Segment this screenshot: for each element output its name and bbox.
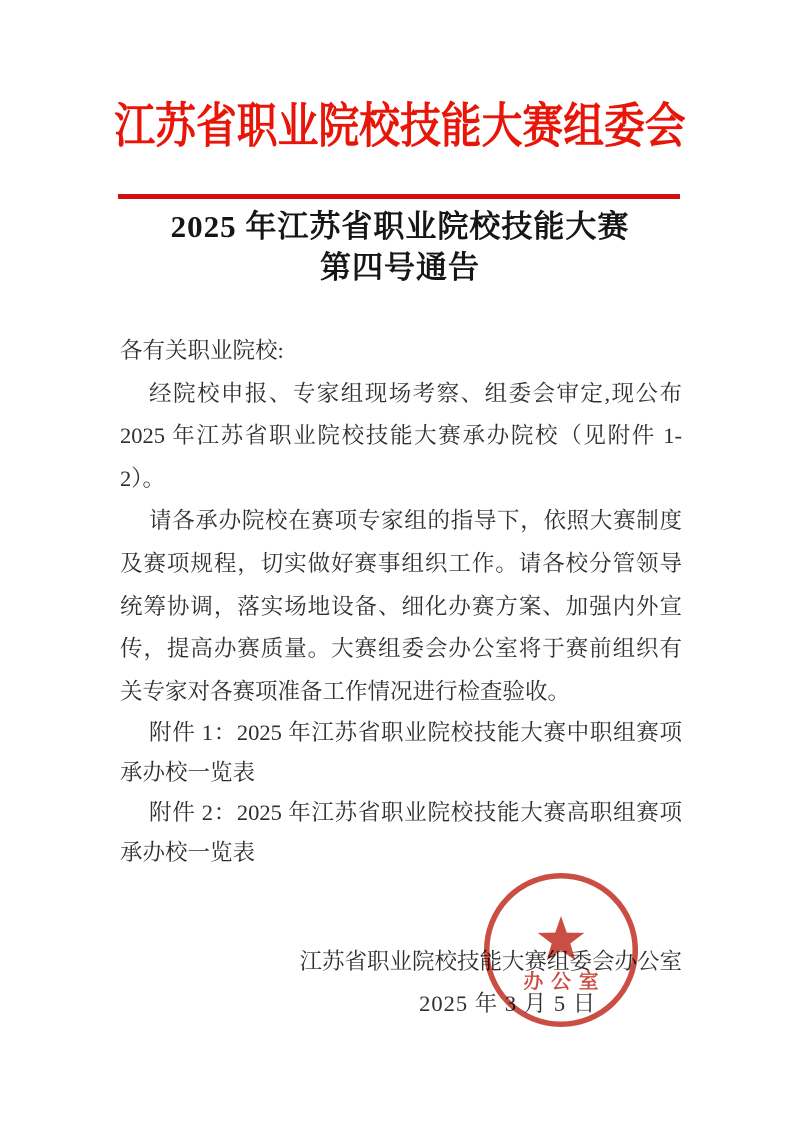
doc-body: 各有关职业院校: 经院校申报、专家组现场考察、组委会审定,现公布 2025 年江… — [120, 330, 682, 873]
attachment-line-2: 附件 2：2025 年江苏省职业院校技能大赛高职组赛项承办校一览表 — [120, 793, 682, 873]
paragraph-2: 请各承办院校在赛项专家组的指导下，依照大赛制度及赛项规程，切实做好赛事组织工作。… — [120, 500, 682, 713]
header-divider-rule — [118, 194, 680, 199]
seal-center-label: 办公室 — [523, 970, 606, 993]
salutation: 各有关职业院校: — [120, 330, 682, 373]
doc-title-line1: 2025 年江苏省职业院校技能大赛 — [0, 206, 800, 247]
doc-title-line2: 第四号通告 — [0, 247, 800, 288]
org-header-title: 江苏省职业院校技能大赛组委会 — [60, 97, 740, 157]
paragraph-1: 经院校申报、专家组现场考察、组委会审定,现公布 2025 年江苏省职业院校技能大… — [120, 373, 682, 501]
attachment-line-1: 附件 1：2025 年江苏省职业院校技能大赛中职组赛项承办校一览表 — [120, 713, 682, 793]
document-page: 江苏省职业院校技能大赛组委会 2025 年江苏省职业院校技能大赛 第四号通告 各… — [0, 0, 800, 1132]
doc-title: 2025 年江苏省职业院校技能大赛 第四号通告 — [0, 206, 800, 288]
official-seal-stamp: 江苏省职业院校技能大赛组委会 办公室 3201061074645 — [482, 871, 640, 1029]
seal-star-icon — [538, 916, 585, 960]
